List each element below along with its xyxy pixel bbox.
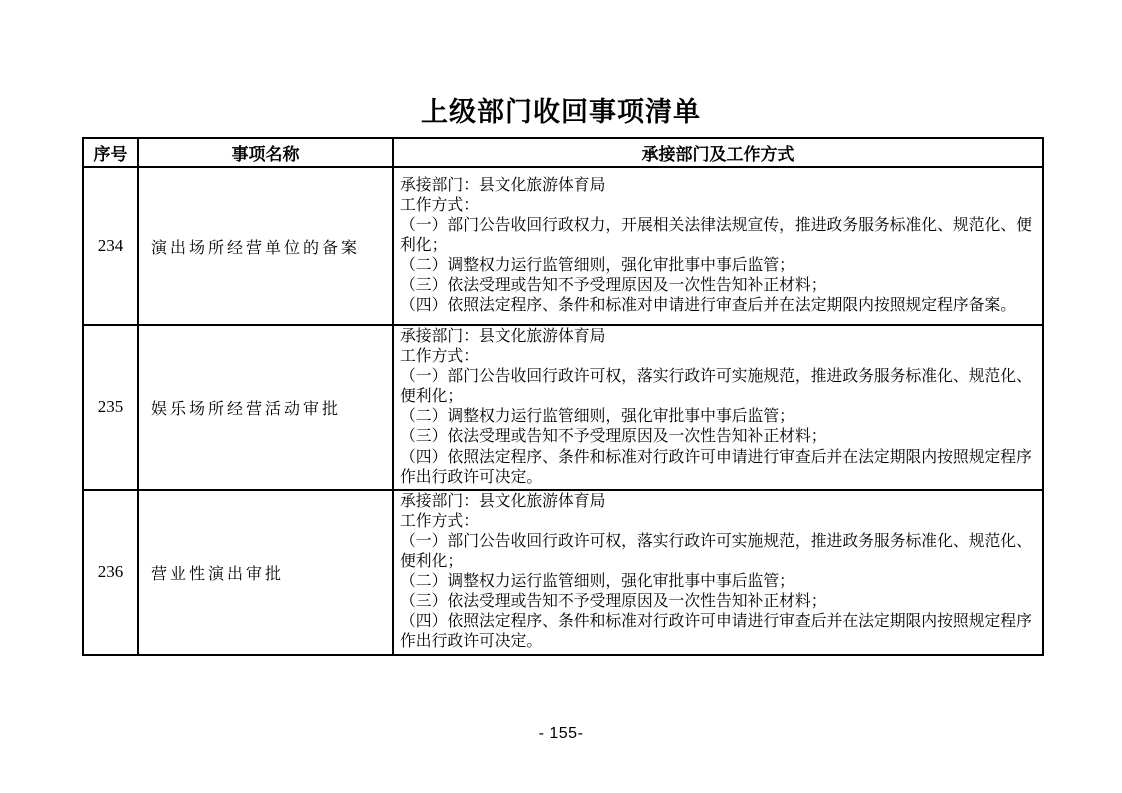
detail-line: （一）部门公告收回行政许可权，落实行政许可实施规范，推进政务服务标准化、规范化、…	[400, 367, 1038, 407]
row-detail: 承接部门：县文化旅游体育局 工作方式： （一）部门公告收回行政权力，开展相关法律…	[393, 167, 1043, 325]
detail-line: （三）依法受理或告知不予受理原因及一次性告知补正材料；	[400, 592, 1038, 612]
detail-line: （一）部门公告收回行政许可权，落实行政许可实施规范，推进政务服务标准化、规范化、…	[400, 532, 1038, 572]
column-header-department-method: 承接部门及工作方式	[393, 138, 1043, 167]
column-header-serial: 序号	[83, 138, 138, 167]
row-matter-name: 演出场所经营单位的备案	[138, 167, 393, 325]
row-detail: 承接部门：县文化旅游体育局 工作方式： （一）部门公告收回行政许可权，落实行政许…	[393, 490, 1043, 655]
detail-line: 承接部门：县文化旅游体育局	[400, 492, 1038, 512]
detail-line: 工作方式：	[400, 347, 1038, 367]
detail-line: （四）依照法定程序、条件和标准对行政许可申请进行审查后并在法定期限内按照规定程序…	[400, 612, 1038, 652]
row-serial: 234	[83, 167, 138, 325]
document-page: 上级部门收回事项清单 序号 事项名称 承接部门及工作方式 234 演出场所经营单…	[0, 0, 1122, 793]
detail-line: 工作方式：	[400, 196, 1038, 216]
detail-line: （四）依照法定程序、条件和标准对行政许可申请进行审查后并在法定期限内按照规定程序…	[400, 448, 1038, 488]
matters-table: 序号 事项名称 承接部门及工作方式 234 演出场所经营单位的备案 承接部门：县…	[82, 137, 1044, 656]
detail-line: （二）调整权力运行监管细则，强化审批事中事后监管；	[400, 256, 1038, 276]
detail-line: 工作方式：	[400, 512, 1038, 532]
detail-line: （二）调整权力运行监管细则，强化审批事中事后监管；	[400, 572, 1038, 592]
row-matter-name: 娱乐场所经营活动审批	[138, 325, 393, 490]
table-row: 234 演出场所经营单位的备案 承接部门：县文化旅游体育局 工作方式： （一）部…	[83, 167, 1043, 325]
column-header-matter-name: 事项名称	[138, 138, 393, 167]
page-number: - 155-	[0, 725, 1122, 743]
detail-line: （三）依法受理或告知不予受理原因及一次性告知补正材料；	[400, 427, 1038, 447]
header-row: 序号 事项名称 承接部门及工作方式	[83, 138, 1043, 167]
page-title: 上级部门收回事项清单	[0, 90, 1122, 129]
detail-line: （三）依法受理或告知不予受理原因及一次性告知补正材料；	[400, 276, 1038, 296]
detail-line: （四）依照法定程序、条件和标准对申请进行审查后并在法定期限内按照规定程序备案。	[400, 296, 1038, 316]
table-row: 236 营业性演出审批 承接部门：县文化旅游体育局 工作方式： （一）部门公告收…	[83, 490, 1043, 655]
detail-line: （一）部门公告收回行政权力，开展相关法律法规宣传，推进政务服务标准化、规范化、便…	[400, 216, 1038, 256]
detail-line: 承接部门：县文化旅游体育局	[400, 176, 1038, 196]
row-serial: 236	[83, 490, 138, 655]
table-row: 235 娱乐场所经营活动审批 承接部门：县文化旅游体育局 工作方式： （一）部门…	[83, 325, 1043, 490]
table-header: 序号 事项名称 承接部门及工作方式	[83, 138, 1043, 167]
row-serial: 235	[83, 325, 138, 490]
row-detail: 承接部门：县文化旅游体育局 工作方式： （一）部门公告收回行政许可权，落实行政许…	[393, 325, 1043, 490]
detail-line: （二）调整权力运行监管细则，强化审批事中事后监管；	[400, 407, 1038, 427]
detail-line: 承接部门：县文化旅游体育局	[400, 327, 1038, 347]
row-matter-name: 营业性演出审批	[138, 490, 393, 655]
